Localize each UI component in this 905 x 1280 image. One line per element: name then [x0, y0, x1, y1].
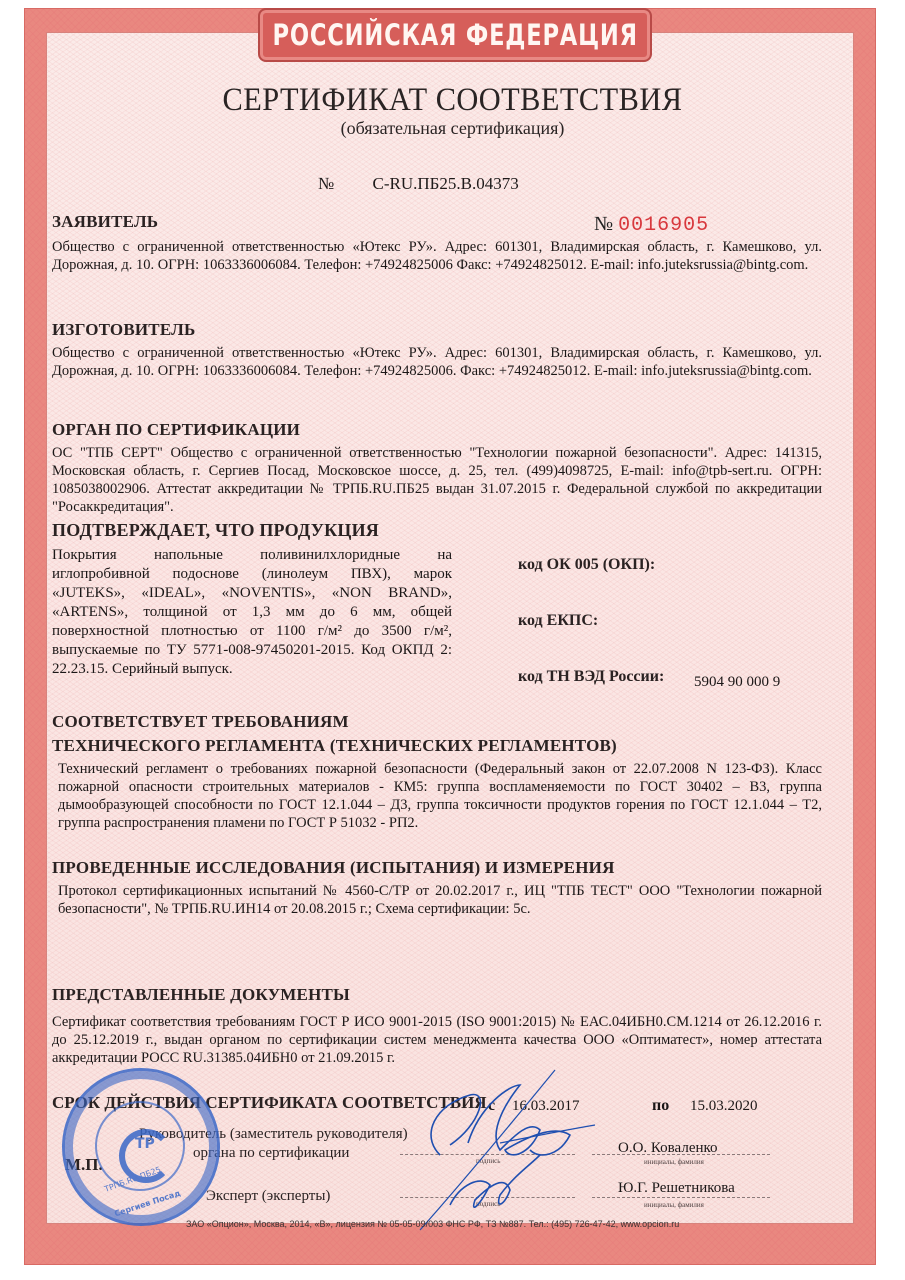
- stamp-city: Сергиев Посад: [113, 1189, 181, 1219]
- product-text: Покрытия напольные поливинилхлоридные на…: [52, 546, 452, 679]
- certification-body-section: ОРГАН ПО СЕРТИФИКАЦИИ ОС "ТПБ СЕРТ" Обще…: [52, 420, 822, 516]
- applicant-heading: ЗАЯВИТЕЛЬ: [52, 212, 822, 232]
- printer-footer: ЗАО «Опцион», Москва, 2014, «В», лицензи…: [186, 1219, 679, 1229]
- validity-to-date: 15.03.2020: [690, 1098, 758, 1115]
- documents-text: Сертификат соответствия требованиям ГОСТ…: [52, 1013, 822, 1067]
- requirements-section: СООТВЕТСТВУЕТ ТРЕБОВАНИЯМ ТЕХНИЧЕСКОГО Р…: [52, 712, 822, 832]
- okp-code-label: код ОК 005 (ОКП):: [518, 556, 655, 574]
- expert-name-caption: инициалы, фамилия: [644, 1201, 704, 1209]
- product-heading: ПОДТВЕРЖДАЕТ, ЧТО ПРОДУКЦИЯ: [52, 520, 822, 541]
- product-description: Покрытия напольные поливинилхлоридные на…: [52, 546, 452, 679]
- manufacturer-heading: ИЗГОТОВИТЕЛЬ: [52, 320, 822, 340]
- tnved-code-label: код ТН ВЭД России:: [518, 668, 664, 686]
- manufacturer-section: ИЗГОТОВИТЕЛЬ Общество с ограниченной отв…: [52, 320, 822, 380]
- requirements-text: Технический регламент о требованиях пожа…: [52, 760, 822, 832]
- certification-body-heading: ОРГАН ПО СЕРТИФИКАЦИИ: [52, 420, 822, 440]
- expert-label: Эксперт (эксперты): [206, 1188, 330, 1205]
- validity-to-label: по: [652, 1097, 669, 1115]
- tests-heading: ПРОВЕДЕННЫЕ ИССЛЕДОВАНИЯ (ИСПЫТАНИЯ) И И…: [52, 858, 822, 878]
- applicant-text: Общество с ограниченной ответственностью…: [52, 238, 822, 274]
- number-sign: №: [318, 174, 334, 193]
- manufacturer-text: Общество с ограниченной ответственностью…: [52, 344, 822, 380]
- certification-stamp: ТР ТРПБ.RU.ПБ25 Сергиев Посад: [62, 1068, 220, 1226]
- certificate-number: № C-RU.ПБ25.В.04373: [318, 174, 519, 194]
- document-subtitle: (обязательная сертификация): [0, 118, 905, 139]
- documents-heading: ПРЕДСТАВЛЕННЫЕ ДОКУМЕНТЫ: [52, 985, 822, 1005]
- expert-name-line: [592, 1197, 770, 1198]
- applicant-section: ЗАЯВИТЕЛЬ Общество с ограниченной ответс…: [52, 212, 822, 274]
- documents-section: ПРЕДСТАВЛЕННЫЕ ДОКУМЕНТЫ Сертификат соот…: [52, 985, 822, 1067]
- stamp-logo-text: ТР: [135, 1136, 155, 1152]
- ekps-code-label: код ЕКПС:: [518, 612, 598, 630]
- handwritten-signature-icon: [380, 1065, 610, 1235]
- tests-section: ПРОВЕДЕННЫЕ ИССЛЕДОВАНИЯ (ИСПЫТАНИЯ) И И…: [52, 858, 822, 918]
- expert-name: Ю.Г. Решетникова: [618, 1180, 735, 1197]
- certification-body-text: ОС "ТПБ СЕРТ" Общество с ограниченной от…: [52, 444, 822, 516]
- head-name: О.О. Коваленко: [618, 1140, 718, 1157]
- tests-text: Протокол сертификационных испытаний № 45…: [52, 882, 822, 918]
- requirements-heading: СООТВЕТСТВУЕТ ТРЕБОВАНИЯМ: [52, 712, 822, 732]
- document-title: СЕРТИФИКАТ СООТВЕТСТВИЯ: [36, 82, 869, 119]
- regulations-heading: ТЕХНИЧЕСКОГО РЕГЛАМЕНТА (ТЕХНИЧЕСКИХ РЕГ…: [52, 736, 822, 756]
- head-name-caption: инициалы, фамилия: [644, 1158, 704, 1166]
- tnved-code-value: 5904 90 000 9: [694, 674, 780, 691]
- certificate-number-value: C-RU.ПБ25.В.04373: [372, 174, 518, 193]
- country-banner-text: РОССИЙСКАЯ ФЕДЕРАЦИЯ: [272, 18, 637, 52]
- product-section: ПОДТВЕРЖДАЕТ, ЧТО ПРОДУКЦИЯ: [52, 520, 822, 545]
- country-banner: РОССИЙСКАЯ ФЕДЕРАЦИЯ: [258, 8, 652, 62]
